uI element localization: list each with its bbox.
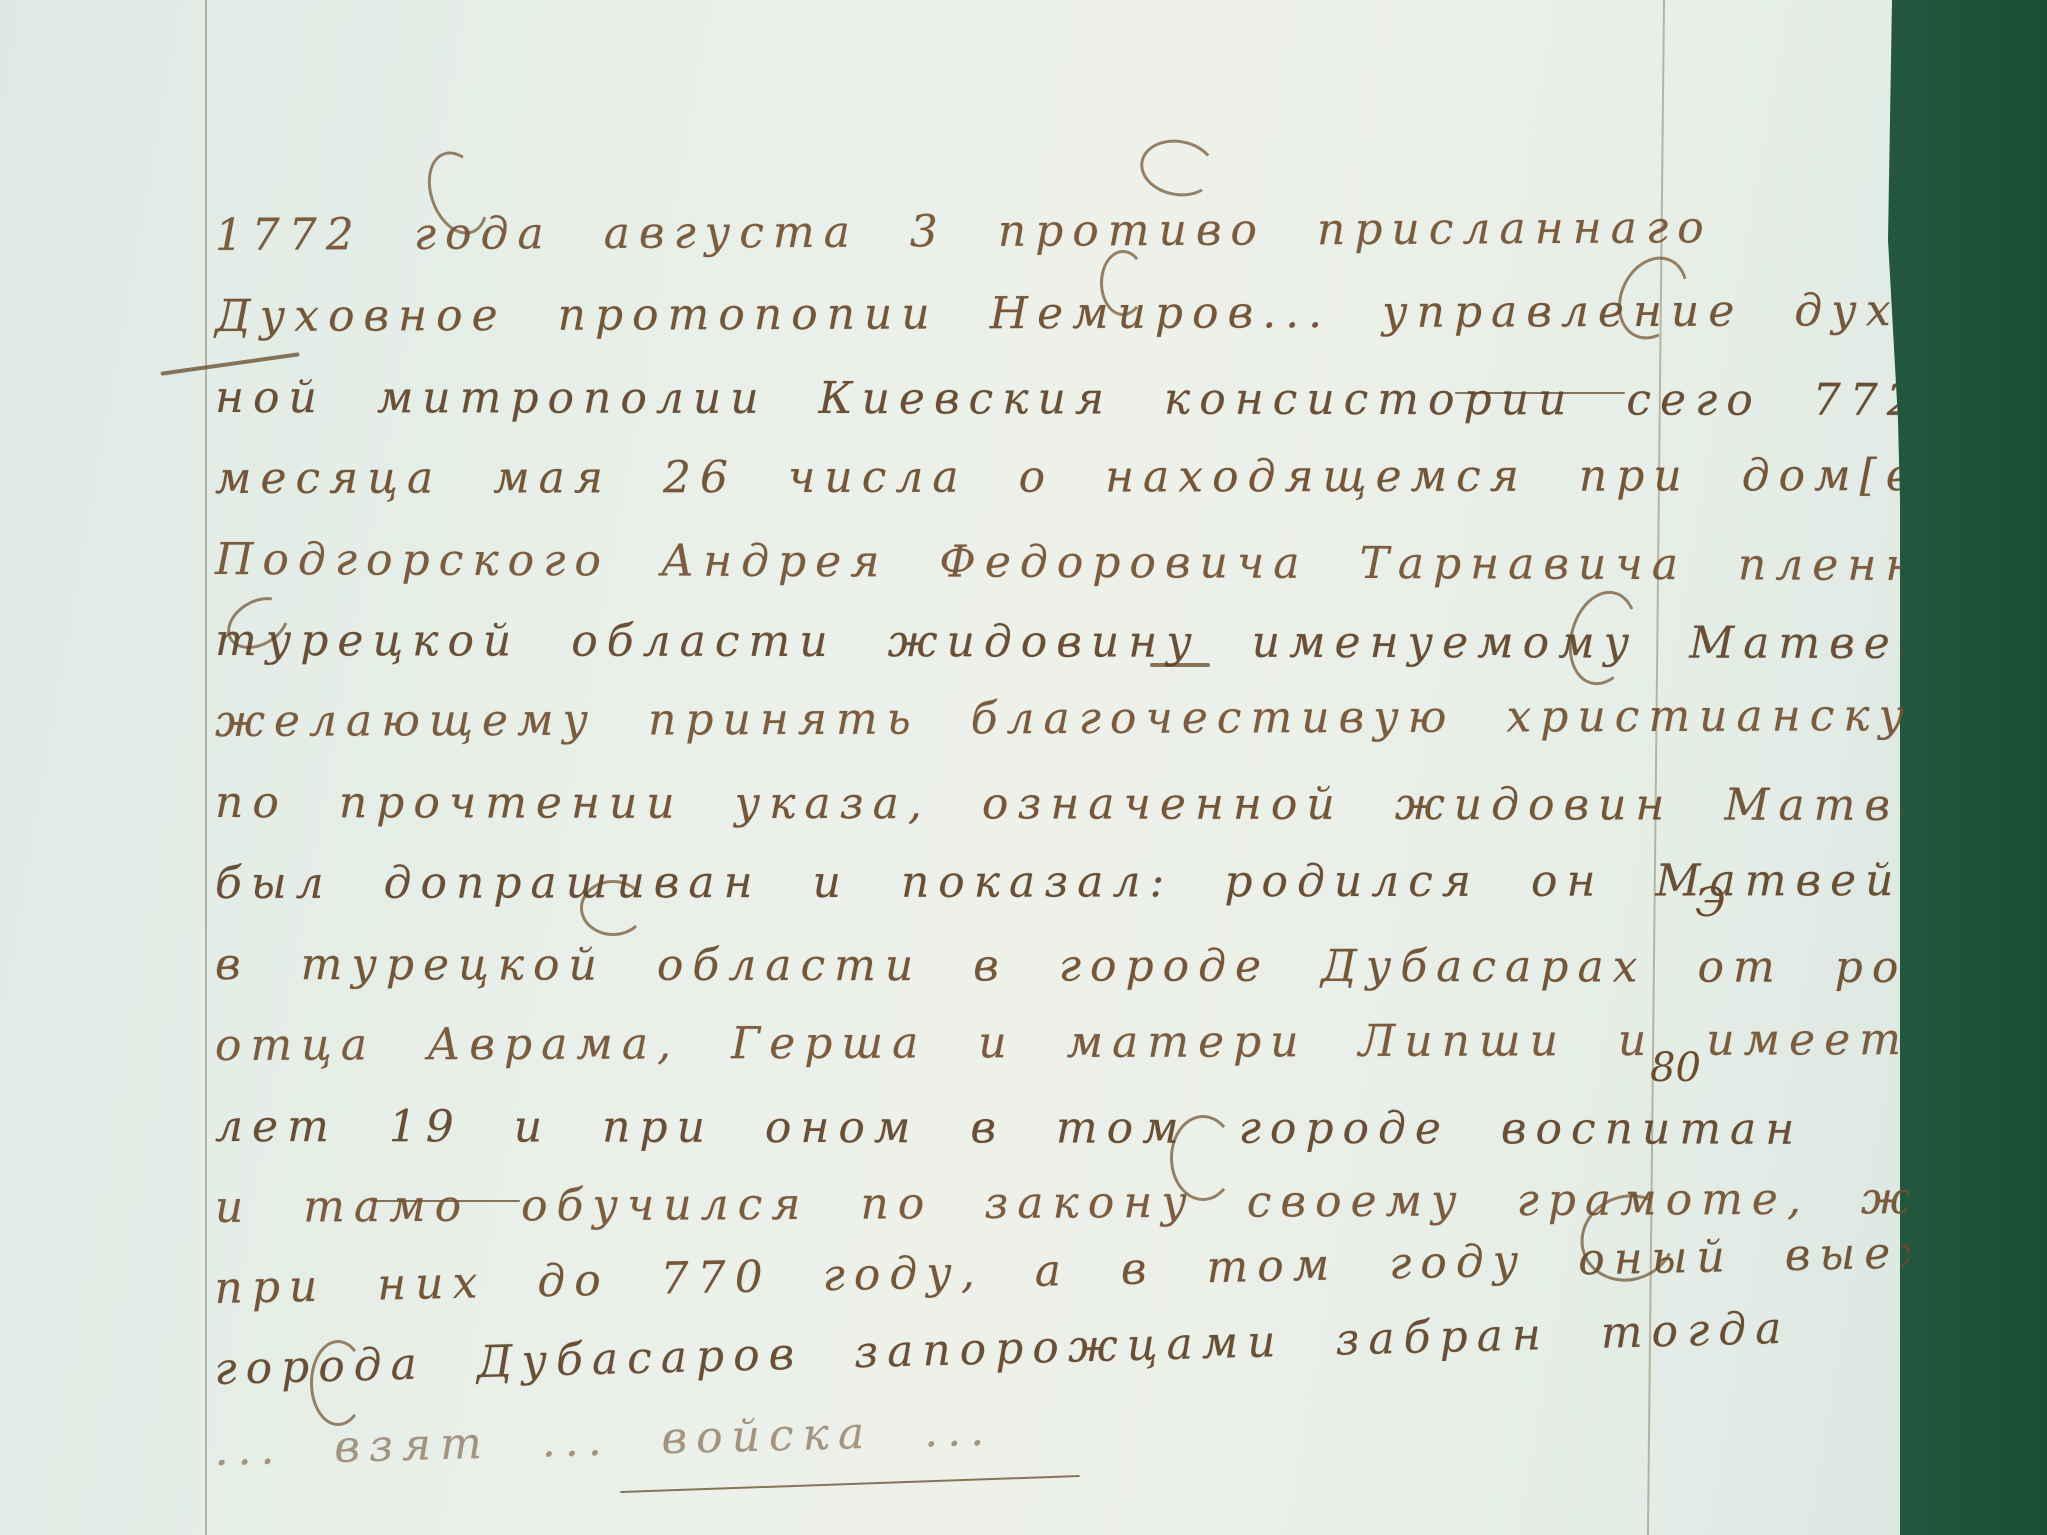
marginal-note: 80 — [1650, 1045, 1701, 1091]
manuscript-line: 1772 года августа 3 противо присланнаго — [215, 172, 1695, 261]
manuscript-line: ной митрополии Киевския консистории сего… — [215, 342, 1695, 426]
manuscript-line: в турецкой области в городе Дубасарах от… — [215, 909, 1695, 993]
manuscript-page: 1772 года августа 3 противо присланнаго … — [0, 0, 1900, 1535]
line-text: в турецкой области в городе Дубасарах от… — [215, 939, 2047, 993]
line-text: Подгорского Андрея Федоровича Тарнавича … — [215, 534, 2026, 591]
manuscript-line: Духовное протопопии Немиров... управлени… — [215, 256, 1695, 342]
ink-underline — [620, 1475, 1080, 1493]
manuscript-text-block: 1772 года августа 3 противо присланнаго … — [215, 180, 1695, 1476]
manuscript-line: желающему принять благочестивую христиан… — [215, 661, 1695, 747]
line-text: ной митрополии Киевския консистории сего… — [215, 372, 2047, 426]
manuscript-line: турецкой области жидовину именуемому Мат… — [215, 585, 1695, 669]
left-margin-rule — [205, 0, 207, 1535]
line-text: желающему принять благочестивую христиан… — [215, 689, 2047, 747]
line-text: 1772 года августа 3 противо присланнаго — [215, 202, 1713, 261]
line-text: ... взят ... войска ... — [214, 1405, 994, 1476]
line-text: месяца мая 26 числа о находящемся при до… — [215, 450, 2047, 504]
line-text: по прочтении указа, означенной жидовин М… — [215, 777, 1971, 831]
manuscript-line: отца Аврама, Герша и матери Липши и имее… — [215, 985, 1695, 1071]
manuscript-line: лет 19 и при оном в том городе воспитан — [215, 1071, 1695, 1155]
background-surface — [1887, 0, 2047, 1535]
manuscript-line: по прочтении указа, означенной жидовин М… — [215, 747, 1695, 831]
line-text: Духовное протопопии Немиров... управлени… — [215, 285, 1970, 342]
manuscript-line: месяца мая 26 числа о находящемся при до… — [215, 420, 1695, 504]
manuscript-line: был допрашиван и показал: родился он Мат… — [215, 825, 1695, 909]
line-text: был допрашиван и показал: родился он Мат… — [215, 855, 1903, 909]
manuscript-line: Подгорского Андрея Федоровича Тарнавича … — [215, 504, 1695, 590]
marginal-note: Э — [1695, 880, 1726, 926]
line-text: отца Аврама, Герша и матери Липши и имее… — [215, 1013, 2047, 1071]
